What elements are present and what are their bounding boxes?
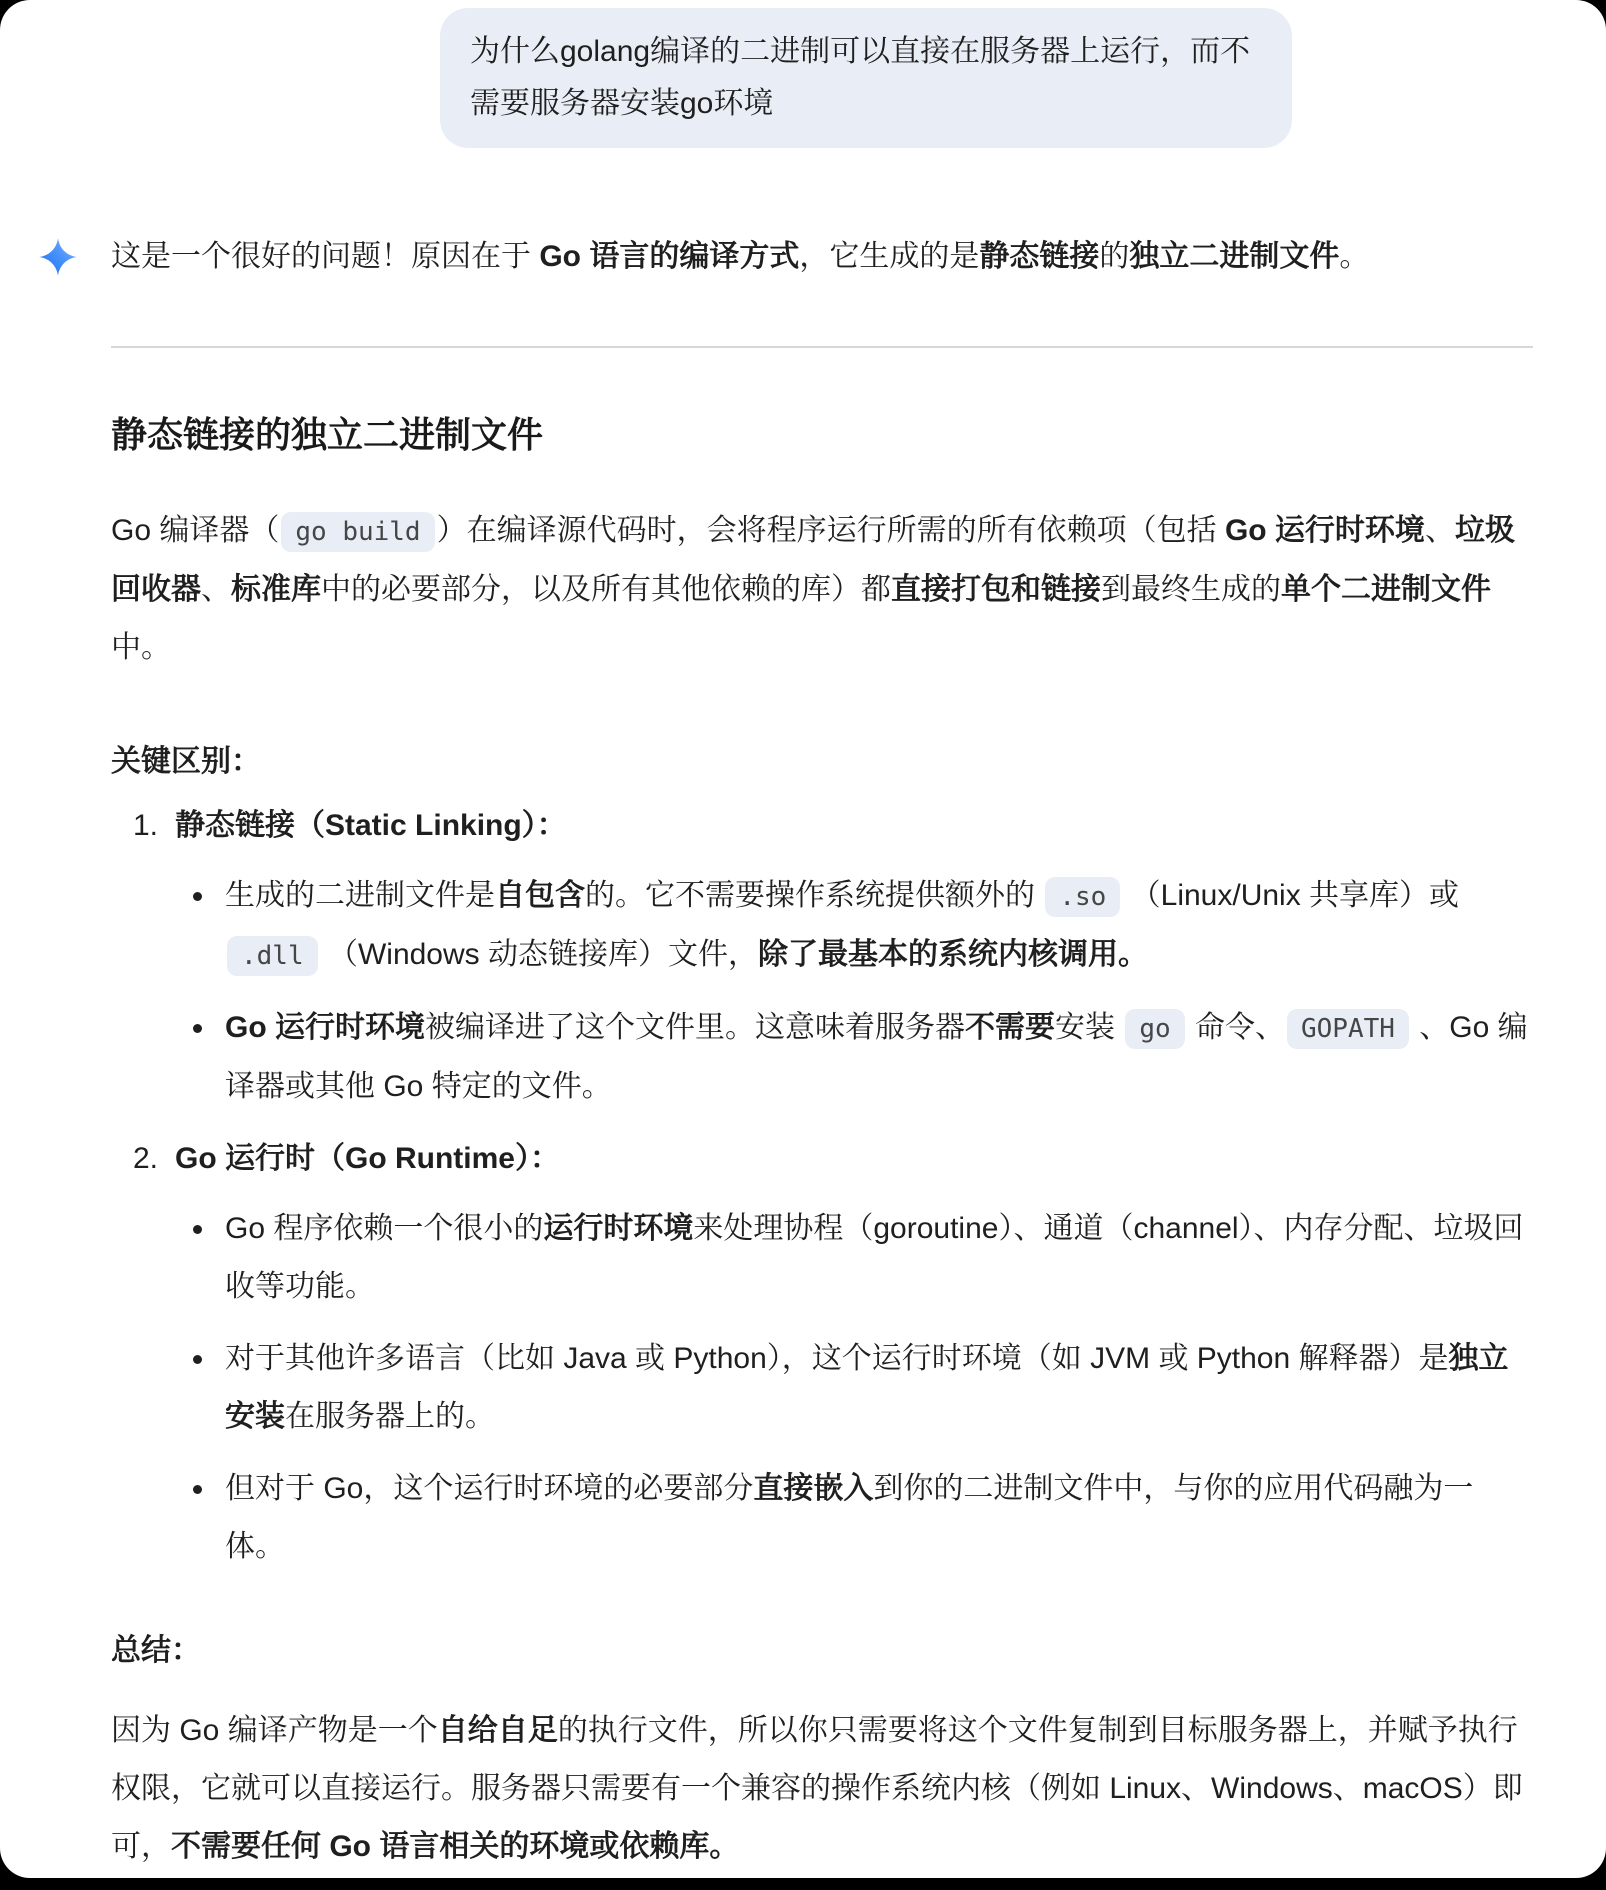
text-run: 除了最基本的系统内核调用。 bbox=[758, 938, 1148, 971]
text-run: Go 程序依赖一个很小的 bbox=[225, 1212, 543, 1245]
text-run: 不需要 bbox=[965, 1011, 1055, 1044]
inline-code-chip: go bbox=[1125, 1009, 1184, 1049]
message-divider bbox=[111, 346, 1533, 348]
text-run: 。 bbox=[1339, 240, 1369, 273]
assistant-message-row: 这是一个很好的问题！原因在于 Go 语言的编译方式，它生成的是静态链接的独立二进… bbox=[0, 228, 1606, 1876]
sub-bullet-list: 生成的二进制文件是自包含的。它不需要操作系统提供额外的 .so （Linux/U… bbox=[111, 867, 1533, 1116]
text-run: 安装 bbox=[1055, 1011, 1123, 1044]
list-item-go-runtime: 2.Go 运行时（Go Runtime）： Go 程序依赖一个很小的运行时环境来… bbox=[111, 1130, 1533, 1576]
bullet-item: 对于其他许多语言（比如 Java 或 Python），这个运行时环境（如 JVM… bbox=[190, 1330, 1533, 1446]
text-run: 中的必要部分，以及所有其他依赖的库）都 bbox=[321, 573, 891, 606]
text-run: 在服务器上的。 bbox=[285, 1400, 495, 1433]
text-run: 但对于 Go，这个运行时环境的必要部分 bbox=[225, 1472, 753, 1505]
text-run: 静态链接 bbox=[979, 240, 1099, 273]
inline-code-chip: .dll bbox=[227, 936, 318, 976]
text-run: Go 编译器（ bbox=[111, 514, 279, 547]
text-run: 被编译进了这个文件里。这意味着服务器 bbox=[425, 1011, 965, 1044]
text-run: 、 bbox=[1425, 514, 1455, 547]
text-run: 对于其他许多语言（比如 Java 或 Python），这个运行时环境（如 JVM… bbox=[225, 1342, 1449, 1375]
user-message-text: 为什么golang编译的二进制可以直接在服务器上运行，而不需要服务器安装go环境 bbox=[470, 35, 1250, 120]
summary-paragraph: 因为 Go 编译产物是一个自给自足的执行文件，所以你只需要将这个文件复制到目标服… bbox=[111, 1702, 1533, 1876]
text-run: 到最终生成的 bbox=[1101, 573, 1281, 606]
text-run: 中。 bbox=[111, 631, 171, 664]
list-item-title: 静态链接（Static Linking）： bbox=[175, 809, 567, 842]
sub-bullet-list: Go 程序依赖一个很小的运行时环境来处理协程（goroutine）、通道（cha… bbox=[111, 1200, 1533, 1576]
text-run: 运行时环境 bbox=[543, 1212, 693, 1245]
chat-window: 为什么golang编译的二进制可以直接在服务器上运行，而不需要服务器安装go环境… bbox=[0, 0, 1606, 1878]
text-run: ，它生成的是 bbox=[799, 240, 979, 273]
list-item-static-linking: 1.静态链接（Static Linking）： 生成的二进制文件是自包含的。它不… bbox=[111, 797, 1533, 1116]
list-item-number: 2. bbox=[133, 1130, 175, 1188]
text-run: 、 bbox=[201, 573, 231, 606]
key-points-list: 1.静态链接（Static Linking）： 生成的二进制文件是自包含的。它不… bbox=[111, 797, 1533, 1576]
section-heading: 静态链接的独立二进制文件 bbox=[111, 412, 1533, 458]
user-message-bubble: 为什么golang编译的二进制可以直接在服务器上运行，而不需要服务器安装go环境 bbox=[440, 8, 1292, 148]
text-run: Go 运行时（Go Runtime）： bbox=[175, 1142, 560, 1175]
text-run: 的。它不需要操作系统提供额外的 bbox=[585, 879, 1043, 912]
text-run: （Windows 动态链接库）文件， bbox=[320, 938, 758, 971]
text-run: Go 运行时环境 bbox=[225, 1011, 425, 1044]
text-run: 直接嵌入 bbox=[753, 1472, 873, 1505]
text-run: 独立二进制文件 bbox=[1129, 240, 1339, 273]
text-run: Go 运行时环境 bbox=[1225, 514, 1425, 547]
text-run: 这是一个很好的问题！原因在于 bbox=[111, 240, 539, 273]
text-run: 直接打包和链接 bbox=[891, 573, 1101, 606]
user-message-row: 为什么golang编译的二进制可以直接在服务器上运行，而不需要服务器安装go环境 bbox=[0, 0, 1606, 148]
text-run: （Linux/Unix 共享库）或 bbox=[1122, 879, 1459, 912]
inline-code-chip: GOPATH bbox=[1287, 1009, 1409, 1049]
list-item-title: Go 运行时（Go Runtime）： bbox=[175, 1142, 560, 1175]
bullet-item: 但对于 Go，这个运行时环境的必要部分直接嵌入到你的二进制文件中，与你的应用代码… bbox=[190, 1460, 1533, 1576]
intro-paragraph: 这是一个很好的问题！原因在于 Go 语言的编译方式，它生成的是静态链接的独立二进… bbox=[111, 228, 1533, 286]
gemini-sparkle-icon bbox=[38, 237, 78, 277]
text-run: Go 语言的编译方式 bbox=[539, 240, 799, 273]
text-run: 自包含 bbox=[495, 879, 585, 912]
list-item-head: 1.静态链接（Static Linking）： bbox=[111, 797, 1533, 855]
text-run: 生成的二进制文件是 bbox=[225, 879, 495, 912]
text-run: 不需要任何 Go 语言相关的环境或依赖库。 bbox=[171, 1830, 739, 1863]
bullet-item: Go 运行时环境被编译进了这个文件里。这意味着服务器不需要安装 go 命令、GO… bbox=[190, 999, 1533, 1116]
inline-code-chip: .so bbox=[1045, 877, 1120, 917]
list-item-head: 2.Go 运行时（Go Runtime）： bbox=[111, 1130, 1533, 1188]
text-run: 自给自足 bbox=[438, 1714, 558, 1747]
list-item-number: 1. bbox=[133, 797, 175, 855]
inline-code-chip: go build bbox=[281, 512, 434, 552]
text-run: 静态链接（Static Linking）： bbox=[175, 809, 567, 842]
assistant-message-body: 这是一个很好的问题！原因在于 Go 语言的编译方式，它生成的是静态链接的独立二进… bbox=[111, 228, 1533, 1876]
text-run: 命令、 bbox=[1187, 1011, 1285, 1044]
text-run: 单个二进制文件 bbox=[1281, 573, 1491, 606]
bullet-item: Go 程序依赖一个很小的运行时环境来处理协程（goroutine）、通道（cha… bbox=[190, 1200, 1533, 1316]
bullet-item: 生成的二进制文件是自包含的。它不需要操作系统提供额外的 .so （Linux/U… bbox=[190, 867, 1533, 985]
text-run: 的 bbox=[1099, 240, 1129, 273]
summary-label: 总结： bbox=[111, 1622, 1533, 1680]
compiler-paragraph: Go 编译器（go build）在编译源代码时，会将程序运行所需的所有依赖项（包… bbox=[111, 502, 1533, 677]
text-run: ）在编译源代码时，会将程序运行所需的所有依赖项（包括 bbox=[437, 514, 1225, 547]
text-run: 因为 Go 编译产物是一个 bbox=[111, 1714, 438, 1747]
key-points-label: 关键区别： bbox=[111, 733, 1533, 791]
text-run: 标准库 bbox=[231, 573, 321, 606]
